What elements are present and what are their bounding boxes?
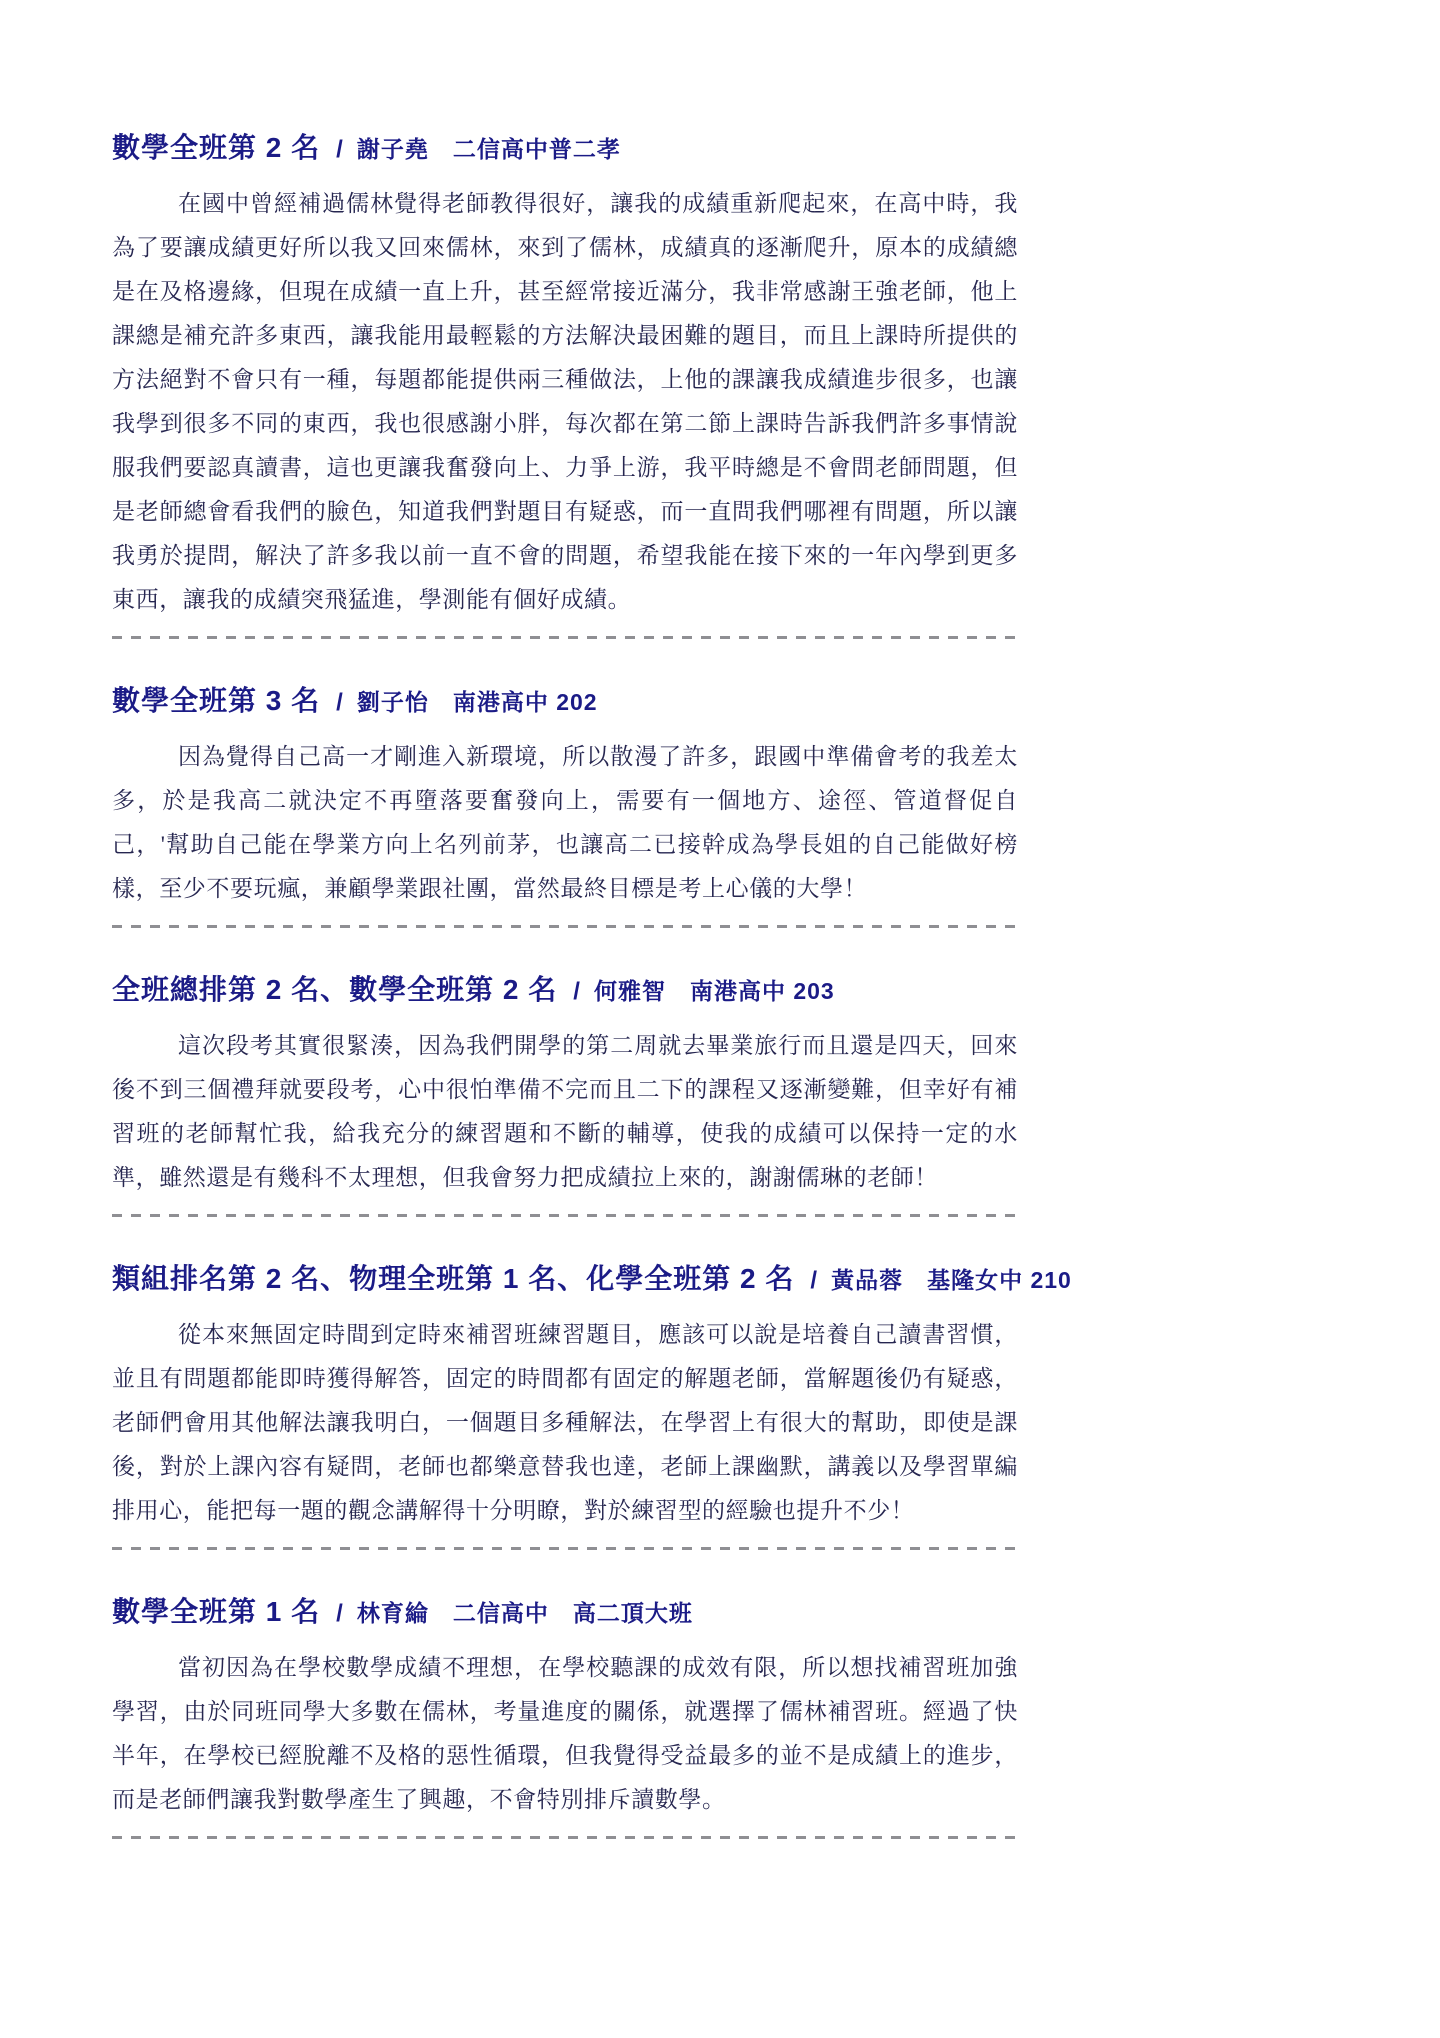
slash-separator: / bbox=[336, 132, 343, 168]
testimonial-section: 類組排名第 2 名、物理全班第 1 名、化學全班第 2 名 / 黃品蓉 基隆女中… bbox=[112, 1261, 1018, 1550]
section-heading: 數學全班第 2 名 / 謝子堯 二信高中普二孝 bbox=[112, 130, 1018, 166]
testimonial-section: 數學全班第 1 名 / 林育綸 二信高中 高二頂大班 當初因為在學校數學成績不理… bbox=[112, 1594, 1018, 1839]
testimonial-paragraph: 在國中曾經補過儒林覺得老師教得很好，讓我的成績重新爬起來，在高中時，我為了要讓成… bbox=[112, 182, 1018, 622]
student-info: 何雅智 南港高中 203 bbox=[594, 973, 835, 1009]
testimonial-section: 全班總排第 2 名、數學全班第 2 名 / 何雅智 南港高中 203 這次段考其… bbox=[112, 972, 1018, 1217]
testimonial-paragraph: 因為覺得自己高一才剛進入新環境，所以散漫了許多，跟國中準備會考的我差太多，於是我… bbox=[112, 735, 1018, 911]
dashed-divider bbox=[112, 1214, 1018, 1217]
slash-separator: / bbox=[573, 974, 580, 1010]
slash-separator: / bbox=[336, 1596, 343, 1632]
student-info: 林育綸 二信高中 高二頂大班 bbox=[357, 1595, 693, 1631]
document-content: 數學全班第 2 名 / 謝子堯 二信高中普二孝 在國中曾經補過儒林覺得老師教得很… bbox=[112, 130, 1018, 1883]
student-info: 謝子堯 二信高中普二孝 bbox=[357, 131, 621, 167]
rank-title: 全班總排第 2 名、數學全班第 2 名 bbox=[112, 972, 557, 1008]
section-heading: 全班總排第 2 名、數學全班第 2 名 / 何雅智 南港高中 203 bbox=[112, 972, 1018, 1008]
section-heading: 數學全班第 1 名 / 林育綸 二信高中 高二頂大班 bbox=[112, 1594, 1018, 1630]
rank-title: 數學全班第 3 名 bbox=[112, 683, 320, 719]
testimonial-document-page: 數學全班第 2 名 / 謝子堯 二信高中普二孝 在國中曾經補過儒林覺得老師教得很… bbox=[0, 0, 1440, 2038]
slash-separator: / bbox=[336, 685, 343, 721]
dashed-divider bbox=[112, 1547, 1018, 1550]
testimonial-paragraph: 這次段考其實很緊湊，因為我們開學的第二周就去畢業旅行而且還是四天，回來後不到三個… bbox=[112, 1024, 1018, 1200]
student-info: 劉子怡 南港高中 202 bbox=[357, 684, 598, 720]
dashed-divider bbox=[112, 1836, 1018, 1839]
rank-title: 數學全班第 1 名 bbox=[112, 1594, 320, 1630]
testimonial-section: 數學全班第 3 名 / 劉子怡 南港高中 202 因為覺得自己高一才剛進入新環境… bbox=[112, 683, 1018, 928]
dashed-divider bbox=[112, 636, 1018, 639]
rank-title: 數學全班第 2 名 bbox=[112, 130, 320, 166]
slash-separator: / bbox=[810, 1263, 817, 1299]
dashed-divider bbox=[112, 925, 1018, 928]
section-heading: 數學全班第 3 名 / 劉子怡 南港高中 202 bbox=[112, 683, 1018, 719]
testimonial-section: 數學全班第 2 名 / 謝子堯 二信高中普二孝 在國中曾經補過儒林覺得老師教得很… bbox=[112, 130, 1018, 639]
section-heading: 類組排名第 2 名、物理全班第 1 名、化學全班第 2 名 / 黃品蓉 基隆女中… bbox=[112, 1261, 1018, 1297]
testimonial-paragraph: 從本來無固定時間到定時來補習班練習題目，應該可以說是培養自己讀書習慣，並且有問題… bbox=[112, 1313, 1018, 1533]
student-info: 黃品蓉 基隆女中 210 bbox=[831, 1262, 1072, 1298]
testimonial-paragraph: 當初因為在學校數學成績不理想，在學校聽課的成效有限，所以想找補習班加強學習，由於… bbox=[112, 1646, 1018, 1822]
rank-title: 類組排名第 2 名、物理全班第 1 名、化學全班第 2 名 bbox=[112, 1261, 794, 1297]
